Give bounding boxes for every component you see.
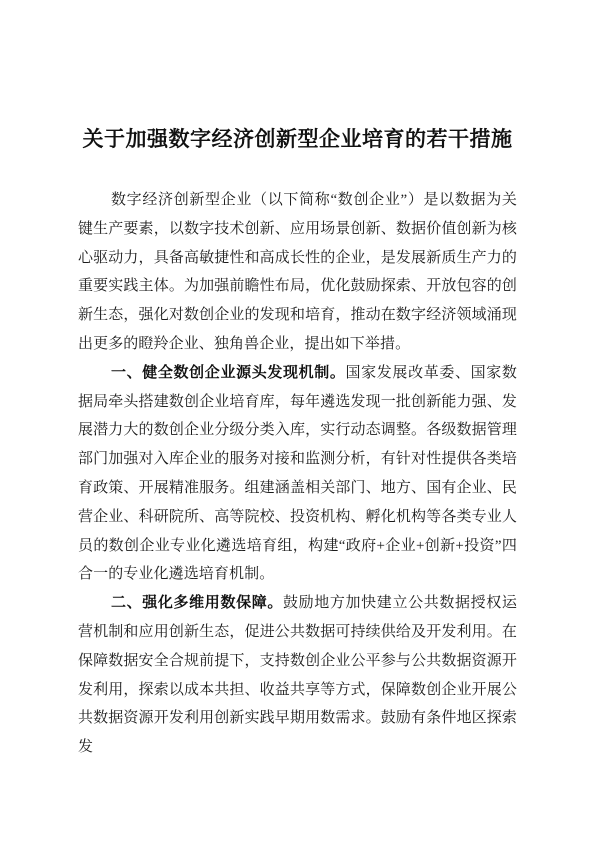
paragraph-section-1: 一、健全数创企业源头发现机制。国家发展改革委、国家数据局牵头搭建数创企业培育库，…	[78, 359, 517, 589]
document-body: 关于加强数字经济创新型企业培育的若干措施 数字经济创新型企业（以下简称“数创企业…	[78, 0, 517, 762]
document-title: 关于加强数字经济创新型企业培育的若干措施	[78, 0, 517, 154]
paragraph-intro-text: 数字经济创新型企业（以下简称“数创企业”）是以数据为关键生产要素，以数字技术创新…	[78, 192, 517, 352]
paragraph-intro: 数字经济创新型企业（以下简称“数创企业”）是以数据为关键生产要素，以数字技术创新…	[78, 186, 517, 359]
section-1-text: 国家发展改革委、国家数据局牵头搭建数创企业培育库，每年遴选发现一批创新能力强、发…	[78, 365, 517, 583]
paragraph-section-2: 二、强化多维用数保障。鼓励地方加快建立公共数据授权运营机制和应用创新生态，促进公…	[78, 589, 517, 762]
document-page: 关于加强数字经济创新型企业培育的若干措施 数字经济创新型企业（以下简称“数创企业…	[0, 0, 595, 841]
section-1-lead: 一、健全数创企业源头发现机制。	[111, 364, 346, 381]
section-2-text: 鼓励地方加快建立公共数据授权运营机制和应用创新生态，促进公共数据可持续供给及开发…	[78, 595, 517, 755]
section-2-lead: 二、强化多维用数保障。	[111, 594, 283, 611]
